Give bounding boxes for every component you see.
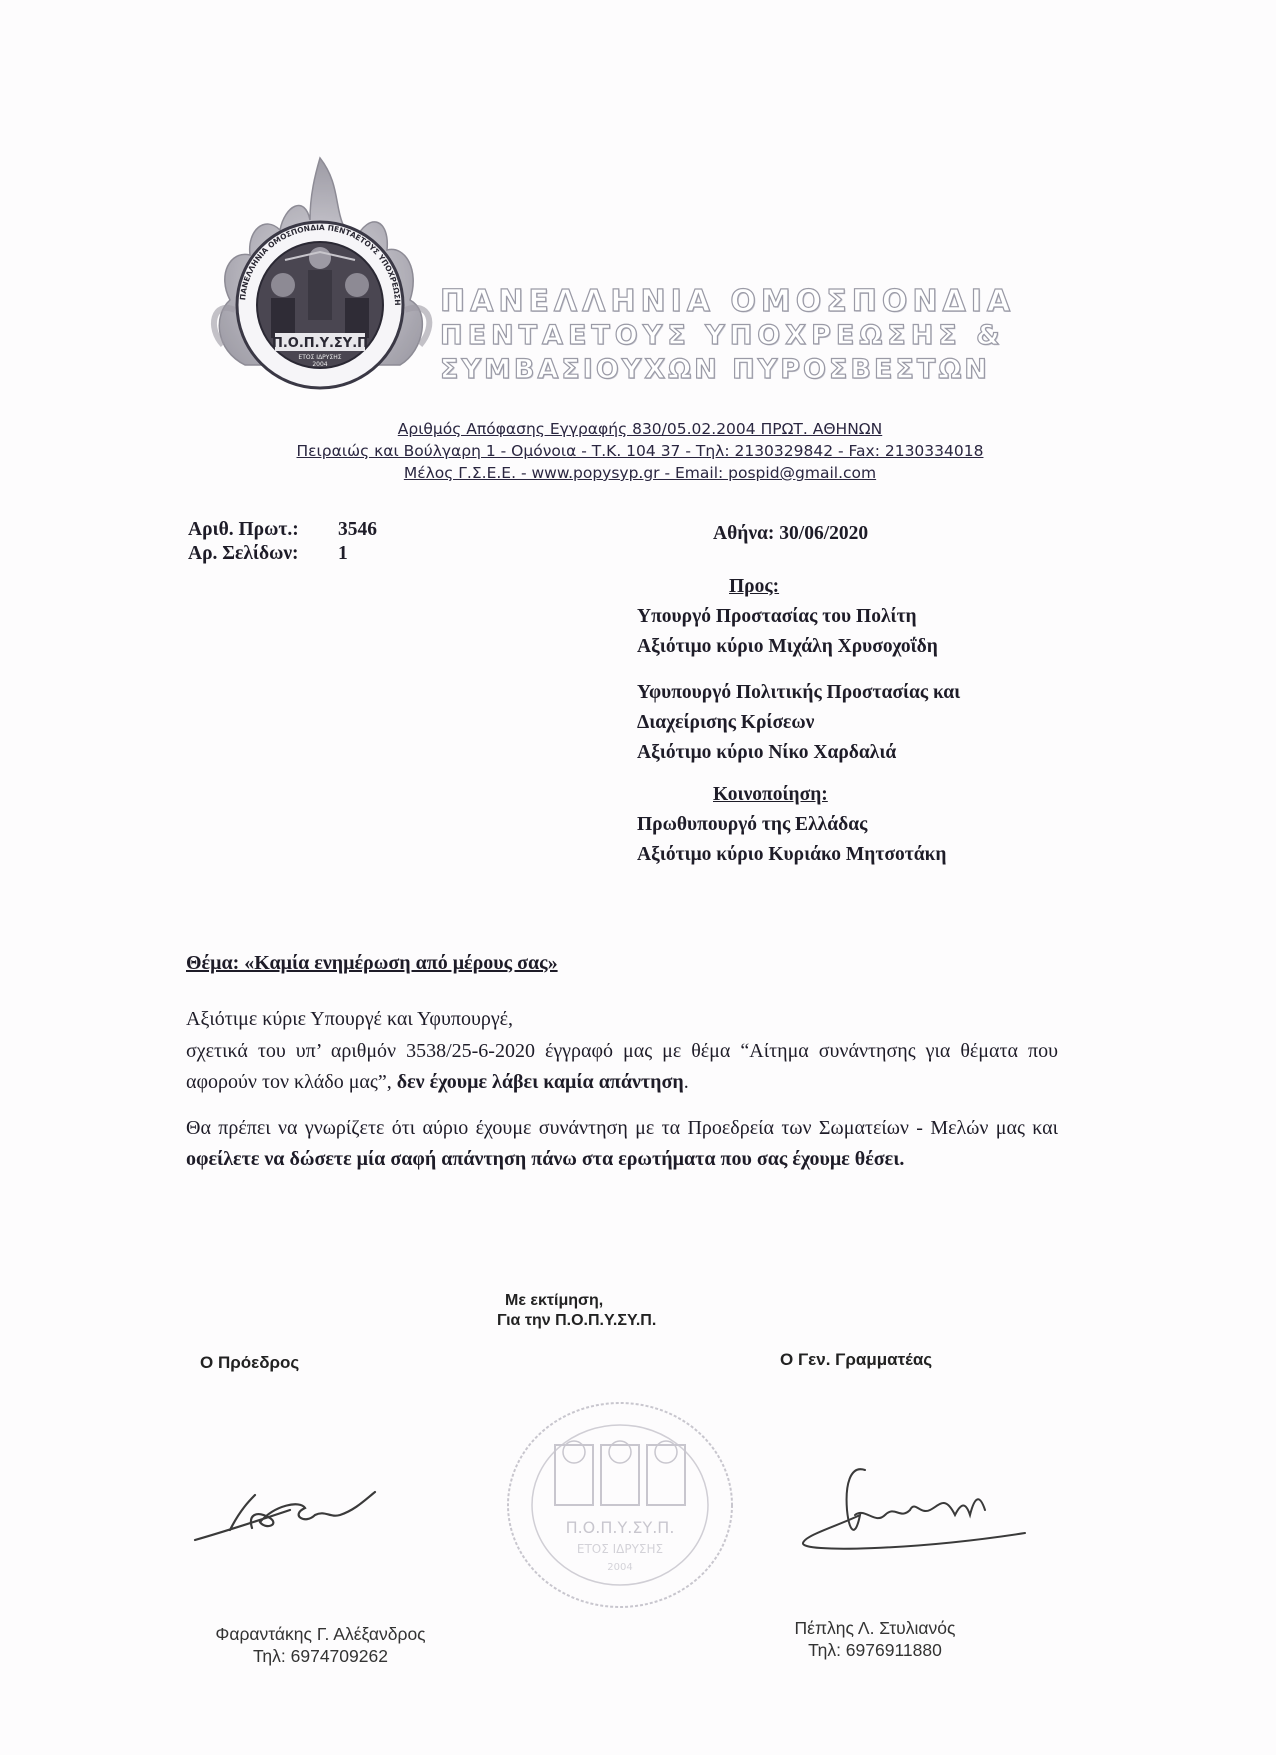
secretary-signature	[795, 1455, 1035, 1570]
protocol-label: Αριθ. Πρωτ.:	[188, 518, 338, 542]
registration-info: Αριθμός Απόφασης Εγγραφής 830/05.02.2004…	[200, 418, 1080, 484]
to-label: Προς:	[637, 572, 960, 602]
paragraph-1-end: .	[684, 1071, 689, 1093]
recipient-title: Υφυπουργό Πολιτικής Προστασίας και	[637, 678, 960, 708]
secretary-details: Πέπλης Λ. Στυλιανός Τηλ: 6976911880	[770, 1617, 980, 1661]
president-details: Φαραντάκης Γ. Αλέξανδρος Τηλ: 6974709262	[193, 1623, 448, 1667]
union-emblem-flame-icon: Π.Ο.Π.Υ.ΣΥ.Π ΕΤΟΣ ΙΔΡΥΣΗΣ 2004 ΠΑΝΕΛΛΗΝΙ…	[205, 150, 435, 400]
address-contact: Πειραιώς και Βούλγαρη 1 - Ομόνοια - Τ.Κ.…	[200, 440, 1080, 462]
registration-number: Αριθμός Απόφασης Εγγραφής 830/05.02.2004…	[200, 418, 1080, 440]
paragraph-2-emphasis: οφείλετε να δώσετε μία σαφή απάντηση πάν…	[186, 1148, 904, 1170]
president-signature	[190, 1480, 410, 1555]
salutation: Αξιότιμε κύριε Υπουργέ και Υφυπουργέ,	[186, 1008, 513, 1030]
signature-icon	[190, 1480, 410, 1550]
president-phone: Τηλ: 6974709262	[193, 1645, 448, 1667]
letter-body: Αξιότιμε κύριε Υπουργέ και Υφυπουργέ, σχ…	[186, 1004, 1058, 1176]
cc-recipient-name: Αξιότιμο κύριο Κυριάκο Μητσοτάκη	[637, 840, 960, 870]
protocol-number: 3546	[338, 518, 377, 542]
svg-text:ΕΤΟΣ ΙΔΡΥΣΗΣ: ΕΤΟΣ ΙΔΡΥΣΗΣ	[298, 354, 341, 361]
recipients-block: Προς: Υπουργό Προστασίας του Πολίτη Αξιό…	[637, 572, 960, 870]
union-seal-icon: Π.Ο.Π.Υ.ΣΥ.Π. ΕΤΟΣ ΙΔΡΥΣΗΣ 2004	[500, 1400, 740, 1620]
svg-text:Π.Ο.Π.Υ.ΣΥ.Π.: Π.Ο.Π.Υ.ΣΥ.Π.	[566, 1518, 675, 1537]
president-role: Ο Πρόεδρος	[200, 1353, 299, 1373]
svg-text:Π.Ο.Π.Υ.ΣΥ.Π: Π.Ο.Π.Υ.ΣΥ.Π	[272, 336, 368, 351]
svg-text:2004: 2004	[312, 361, 327, 368]
union-logo: Π.Ο.Π.Υ.ΣΥ.Π ΕΤΟΣ ΙΔΡΥΣΗΣ 2004 ΠΑΝΕΛΛΗΝΙ…	[205, 150, 435, 400]
document-date: Αθήνα: 30/06/2020	[713, 522, 868, 546]
svg-text:ΕΤΟΣ ΙΔΡΥΣΗΣ: ΕΤΟΣ ΙΔΡΥΣΗΣ	[577, 1542, 663, 1556]
official-stamp: Π.Ο.Π.Υ.ΣΥ.Π. ΕΤΟΣ ΙΔΡΥΣΗΣ 2004	[500, 1400, 740, 1625]
closing-block: Με εκτίμηση, Για την Π.Ο.Π.Υ.ΣΥ.Π.	[505, 1291, 656, 1331]
secretary-name: Πέπλης Λ. Στυλιανός	[770, 1617, 980, 1639]
recipient-name: Αξιότιμο κύριο Νίκο Χαρδαλιά	[637, 738, 960, 768]
secretary-role: Ο Γεν. Γραμματέας	[780, 1350, 932, 1370]
pages-label: Αρ. Σελίδων:	[188, 542, 338, 566]
org-name-line: ΠΕΝΤΑΕΤΟΥΣ ΥΠΟΧΡΕΩΣΗΣ &	[440, 319, 1060, 353]
signature-icon	[795, 1455, 1035, 1565]
cc-label: Κοινοποίηση:	[637, 780, 960, 810]
paragraph-1-emphasis: δεν έχουμε λάβει καμία απάντηση	[397, 1071, 684, 1093]
pages-count: 1	[338, 542, 348, 566]
closing-on-behalf: Για την Π.Ο.Π.Υ.ΣΥ.Π.	[497, 1311, 656, 1331]
org-name-line: ΠΑΝΕΛΛΗΝΙΑ ΟΜΟΣΠΟΝΔΙΑ	[440, 285, 1060, 319]
president-name: Φαραντάκης Γ. Αλέξανδρος	[193, 1623, 448, 1645]
closing-regards: Με εκτίμηση,	[505, 1291, 656, 1311]
recipient-title: Διαχείρισης Κρίσεων	[637, 708, 960, 738]
membership-web-email: Μέλος Γ.Σ.Ε.Ε. - www.popysyp.gr - Email:…	[200, 462, 1080, 484]
svg-text:2004: 2004	[607, 1562, 632, 1573]
organization-name: ΠΑΝΕΛΛΗΝΙΑ ΟΜΟΣΠΟΝΔΙΑ ΠΕΝΤΑΕΤΟΥΣ ΥΠΟΧΡΕΩ…	[440, 285, 1060, 387]
recipient-name: Αξιότιμο κύριο Μιχάλη Χρυσοχοΐδη	[637, 632, 960, 662]
cc-recipient-title: Πρωθυπουργό της Ελλάδας	[637, 810, 960, 840]
org-name-line: ΣΥΜΒΑΣΙΟΥΧΩΝ ΠΥΡΟΣΒΕΣΤΩΝ	[440, 353, 1060, 387]
letter-subject: Θέμα: «Καμία ενημέρωση από μέρους σας»	[186, 952, 558, 975]
paragraph-2-text: Θα πρέπει να γνωρίζετε ότι αύριο έχουμε …	[186, 1117, 1058, 1139]
recipient-title: Υπουργό Προστασίας του Πολίτη	[637, 602, 960, 632]
document-meta: Αριθ. Πρωτ.: 3546 Αρ. Σελίδων: 1	[188, 518, 377, 566]
secretary-phone: Τηλ: 6976911880	[770, 1639, 980, 1661]
